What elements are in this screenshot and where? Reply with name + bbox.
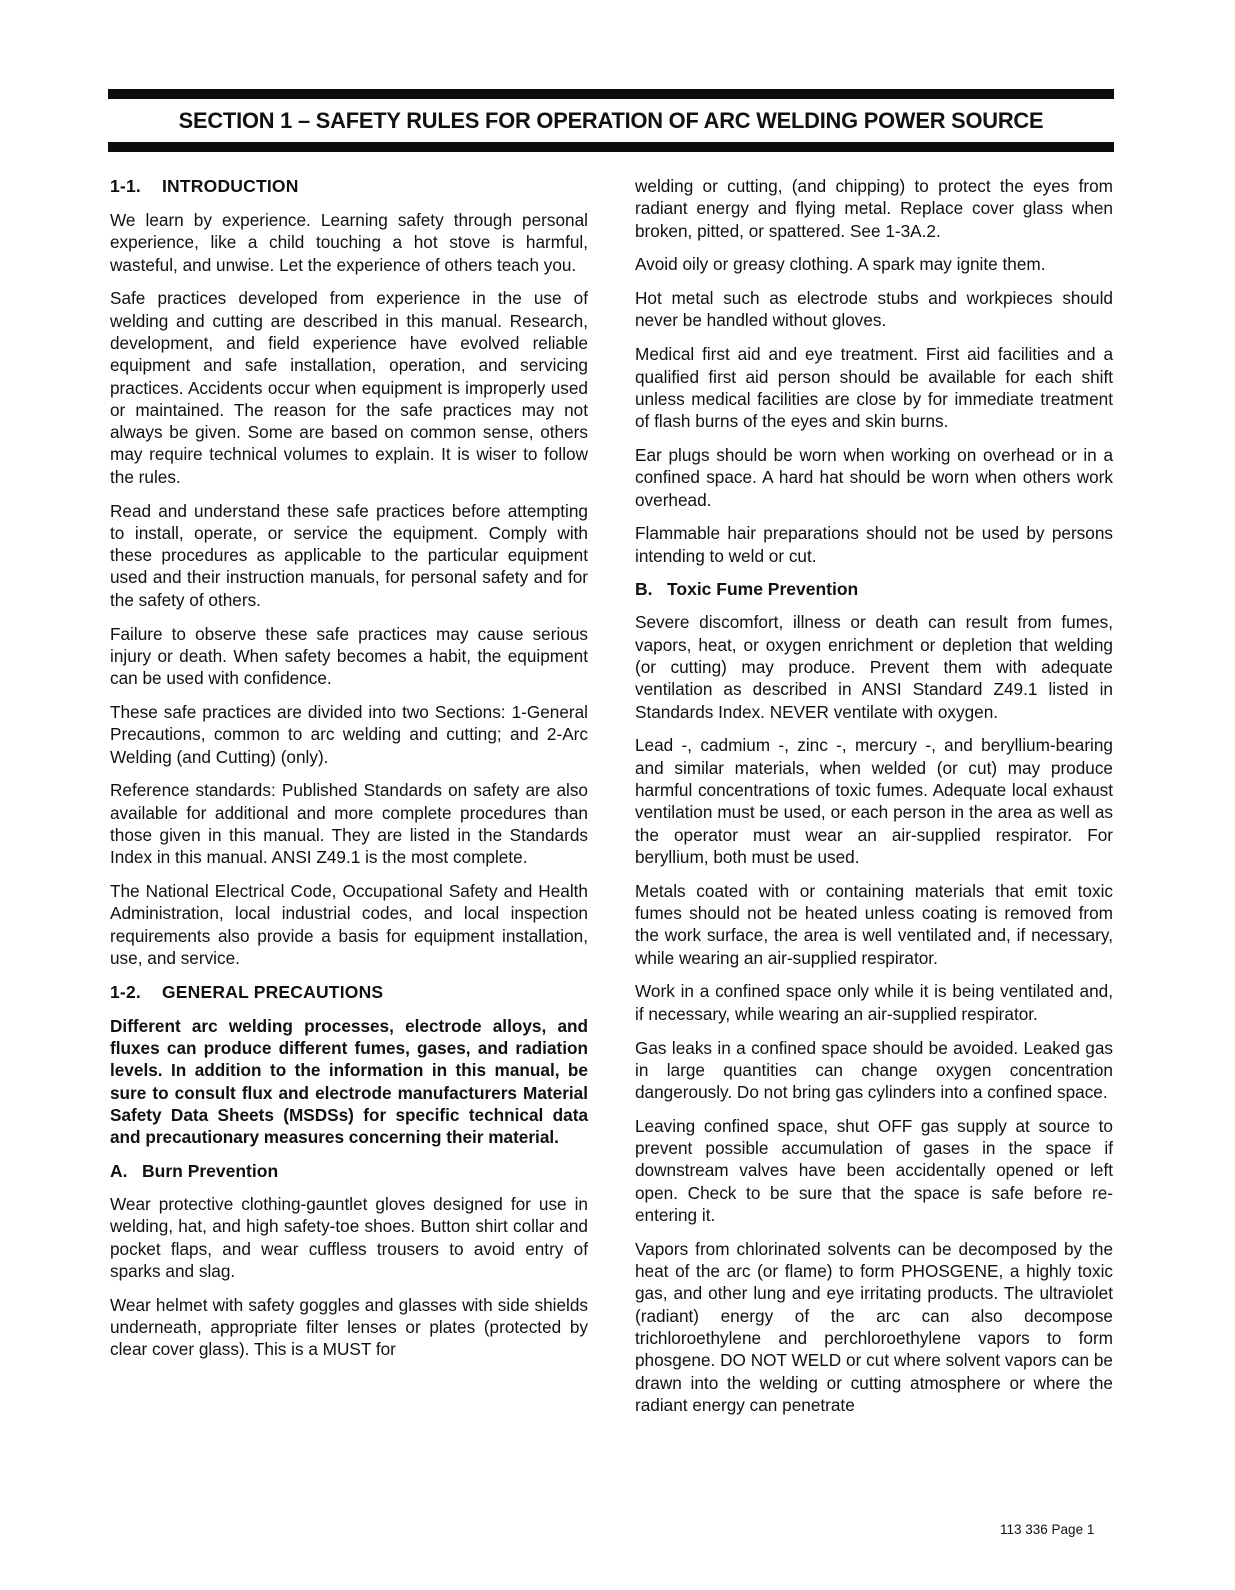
paragraph: Ear plugs should be worn when working on… [635,444,1113,511]
paragraph: Work in a confined space only while it i… [635,980,1113,1025]
warning-paragraph: Different arc welding processes, electro… [110,1015,588,1149]
heading-introduction: 1-1.INTRODUCTION [110,175,588,197]
heading-number: 1-2. [110,981,162,1003]
paragraph: Severe discomfort, illness or death can … [635,611,1113,722]
subheading-text: Toxic Fume Prevention [667,579,858,599]
subheading-text: Burn Prevention [142,1161,278,1181]
paragraph: Vapors from chlorinated solvents can be … [635,1238,1113,1416]
paragraph: Metals coated with or containing materia… [635,880,1113,969]
section-title: SECTION 1 – SAFETY RULES FOR OPERATION O… [123,106,1099,136]
subheading-burn-prevention: A.Burn Prevention [110,1160,588,1182]
heading-text: GENERAL PRECAUTIONS [162,982,383,1002]
paragraph: Hot metal such as electrode stubs and wo… [635,287,1113,332]
paragraph: The National Electrical Code, Occupation… [110,880,588,969]
subheading-letter: A. [110,1160,142,1182]
paragraph: We learn by experience. Learning safety … [110,209,588,276]
paragraph: welding or cutting, (and chipping) to pr… [635,175,1113,242]
paragraph: Gas leaks in a confined space should be … [635,1037,1113,1104]
heading-general-precautions: 1-2.GENERAL PRECAUTIONS [110,981,588,1003]
paragraph: Wear helmet with safety goggles and glas… [110,1294,588,1361]
paragraph: Flammable hair preparations should not b… [635,522,1113,567]
paragraph: Reference standards: Published Standards… [110,779,588,868]
header-rule-top [108,89,1114,99]
paragraph: Leaving confined space, shut OFF gas sup… [635,1115,1113,1226]
subheading-letter: B. [635,578,667,600]
header-rule-bottom [108,142,1114,152]
subheading-toxic-fume-prevention: B.Toxic Fume Prevention [635,578,1113,600]
heading-number: 1-1. [110,175,162,197]
right-column: welding or cutting, (and chipping) to pr… [635,175,1113,1428]
paragraph: Failure to observe these safe practices … [110,623,588,690]
paragraph: These safe practices are divided into tw… [110,701,588,768]
left-column: 1-1.INTRODUCTION We learn by experience.… [110,175,588,1372]
paragraph: Lead -, cadmium -, zinc -, mercury -, an… [635,734,1113,868]
paragraph: Avoid oily or greasy clothing. A spark m… [635,253,1113,275]
heading-text: INTRODUCTION [162,176,299,196]
paragraph: Wear protective clothing-gauntlet gloves… [110,1193,588,1282]
paragraph: Safe practices developed from experience… [110,287,588,488]
paragraph: Medical first aid and eye treatment. Fir… [635,343,1113,432]
paragraph: Read and understand these safe practices… [110,500,588,611]
page-number: 113 336 Page 1 [1000,1522,1094,1538]
